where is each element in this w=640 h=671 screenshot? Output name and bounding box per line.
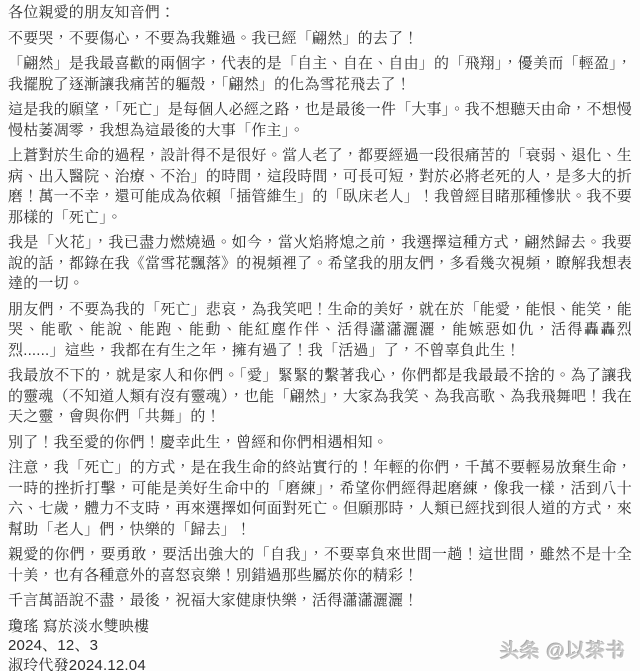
paragraph: 千言萬語說不盡，最後，祝福大家健康快樂，活得瀟瀟灑灑！	[8, 591, 632, 612]
salutation: 各位親愛的朋友知音們：	[8, 3, 632, 24]
paragraph: 親愛的你們，要勇敢，要活出強大的「自我」，不要辜負來世間一趟！這世間，雖然不是十…	[8, 545, 632, 586]
signature-author-line: 瓊瑤 寫於淡水雙映樓	[8, 617, 632, 637]
paragraph: 不要哭，不要傷心，不要為我難過。我已經「翩然」的去了！	[8, 29, 632, 50]
paragraph: 朋友們，不要為我的「死亡」悲哀，為我笑吧！生命的美好，就在於「能愛，能恨、能笑，…	[8, 300, 632, 362]
paragraph: 我是「火花」，我已盡力燃燒過。如今，當火焰將熄之前，我選擇這種方式，翩然歸去。我…	[8, 233, 632, 295]
paragraph: 上蒼對於生命的過程，設計得不是很好。當人老了，都要經過一段很痛苦的「衰弱、退化、…	[8, 146, 632, 228]
toutiao-watermark: 头条 @以茶书	[500, 636, 626, 663]
paragraph: 注意，我「死亡」的方式，是在我生命的終站實行的！年輕的你們，千萬不要輕易放棄生命…	[8, 458, 632, 540]
letter-page: { "page": { "background_color": "#fdfdfd…	[0, 0, 640, 671]
paragraph: 別了！我至愛的你們！慶幸此生，曾經和你們相遇相知。	[8, 433, 632, 454]
paragraph: 我最放不下的，就是家人和你們。「愛」緊緊的繫著我心，你們都是我最最不捨的。為了讓…	[8, 366, 632, 428]
paragraph: 這是我的願望，「死亡」是每個人必經之路，也是最後一件「大事」。我不想聽天由命，不…	[8, 100, 632, 141]
paragraph: 「翩然」是我最喜歡的兩個字，代表的是「自主、自在、自由」的「飛翔」，優美而「輕盈…	[8, 54, 632, 95]
farewell-letter: 各位親愛的朋友知音們： 不要哭，不要傷心，不要為我難過。我已經「翩然」的去了！ …	[0, 0, 640, 671]
